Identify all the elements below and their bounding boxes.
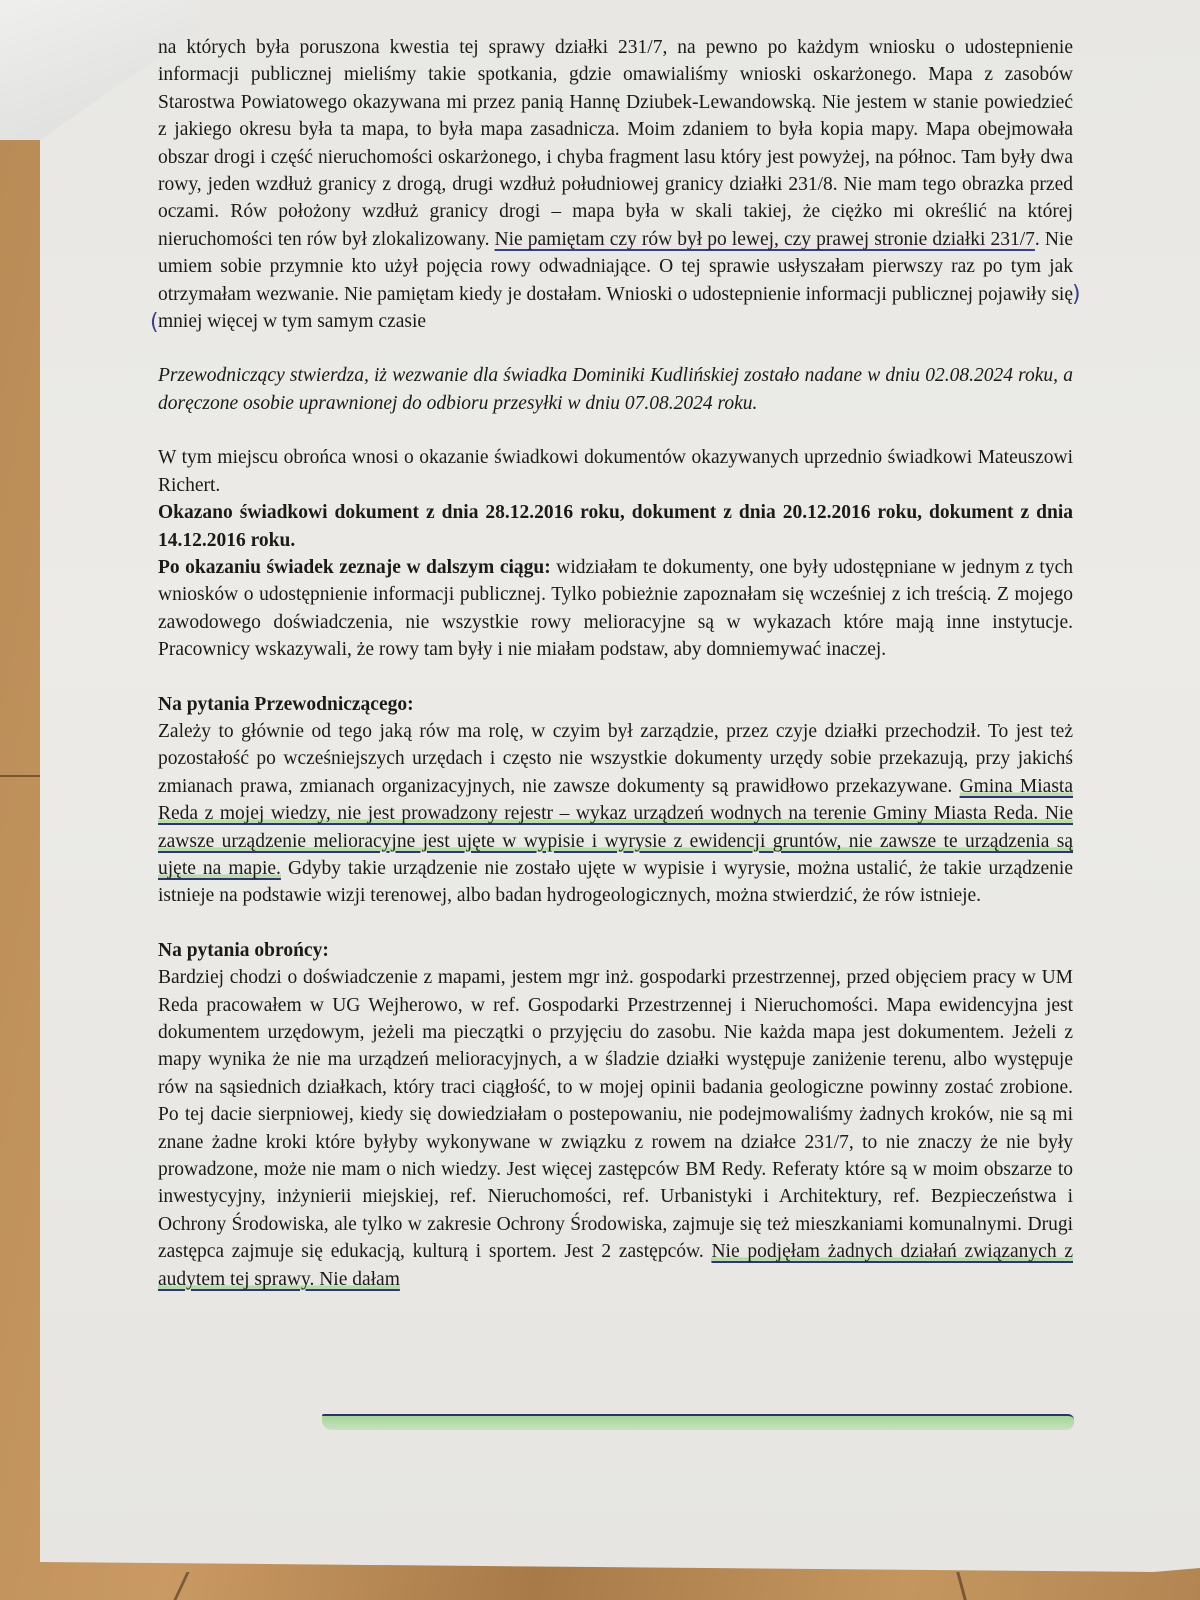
pen-underline-segment: Nie pamiętam czy rów był po lewej, czy p…	[495, 229, 1035, 250]
paragraph: Zależy to głównie od tego jaką rów ma ro…	[158, 718, 1073, 910]
bold-segment: Na pytania obrońcy:	[158, 940, 329, 961]
floor-seam	[956, 1572, 967, 1600]
paragraph: Przewodniczący stwierdza, iż wezwanie dl…	[158, 362, 1073, 417]
document-body: na których była poruszona kwestia tej sp…	[158, 34, 1073, 1293]
floor-seam	[173, 1572, 189, 1600]
paragraph: Po okazaniu świadek zeznaje w dalszym ci…	[158, 554, 1073, 664]
paragraph: Okazano świadkowi dokument z dnia 28.12.…	[158, 499, 1073, 554]
floor-seam	[0, 775, 40, 777]
section-heading: Na pytania Przewodniczącego:	[158, 691, 1073, 718]
paragraph: na których była poruszona kwestia tej sp…	[158, 34, 1073, 335]
paragraph-gap	[158, 664, 1073, 691]
pen-bracket-mark: (	[150, 310, 159, 335]
pen-bracket-mark: )	[1072, 282, 1081, 307]
paragraph: Bardziej chodzi o doświadczenie z mapami…	[158, 964, 1073, 1293]
paragraph-gap	[158, 335, 1073, 362]
paragraph-gap	[158, 910, 1073, 937]
text-segment: Zależy to głównie od tego jaką rów ma ro…	[158, 721, 1073, 797]
text-segment: na których była poruszona kwestia tej sp…	[158, 37, 1073, 250]
highlighter-underline-mark	[322, 1414, 1074, 1430]
paragraph: W tym miejscu obrońca wnosi o okazanie ś…	[158, 444, 1073, 499]
bold-segment: Okazano świadkowi dokument z dnia 28.12.…	[158, 502, 1073, 550]
bold-segment: Na pytania Przewodniczącego:	[158, 694, 414, 715]
section-heading: Na pytania obrońcy:	[158, 937, 1073, 964]
paragraph-gap	[158, 417, 1073, 444]
text-segment: Bardziej chodzi o doświadczenie z mapami…	[158, 967, 1073, 1262]
text-segment: Gdyby takie urządzenie nie zostało ujęte…	[158, 858, 1073, 906]
bold-segment: Po okazaniu świadek zeznaje w dalszym ci…	[158, 557, 551, 578]
text-segment: W tym miejscu obrońca wnosi o okazanie ś…	[158, 447, 1073, 495]
italic-segment: Przewodniczący stwierdza, iż wezwanie dl…	[158, 365, 1073, 413]
